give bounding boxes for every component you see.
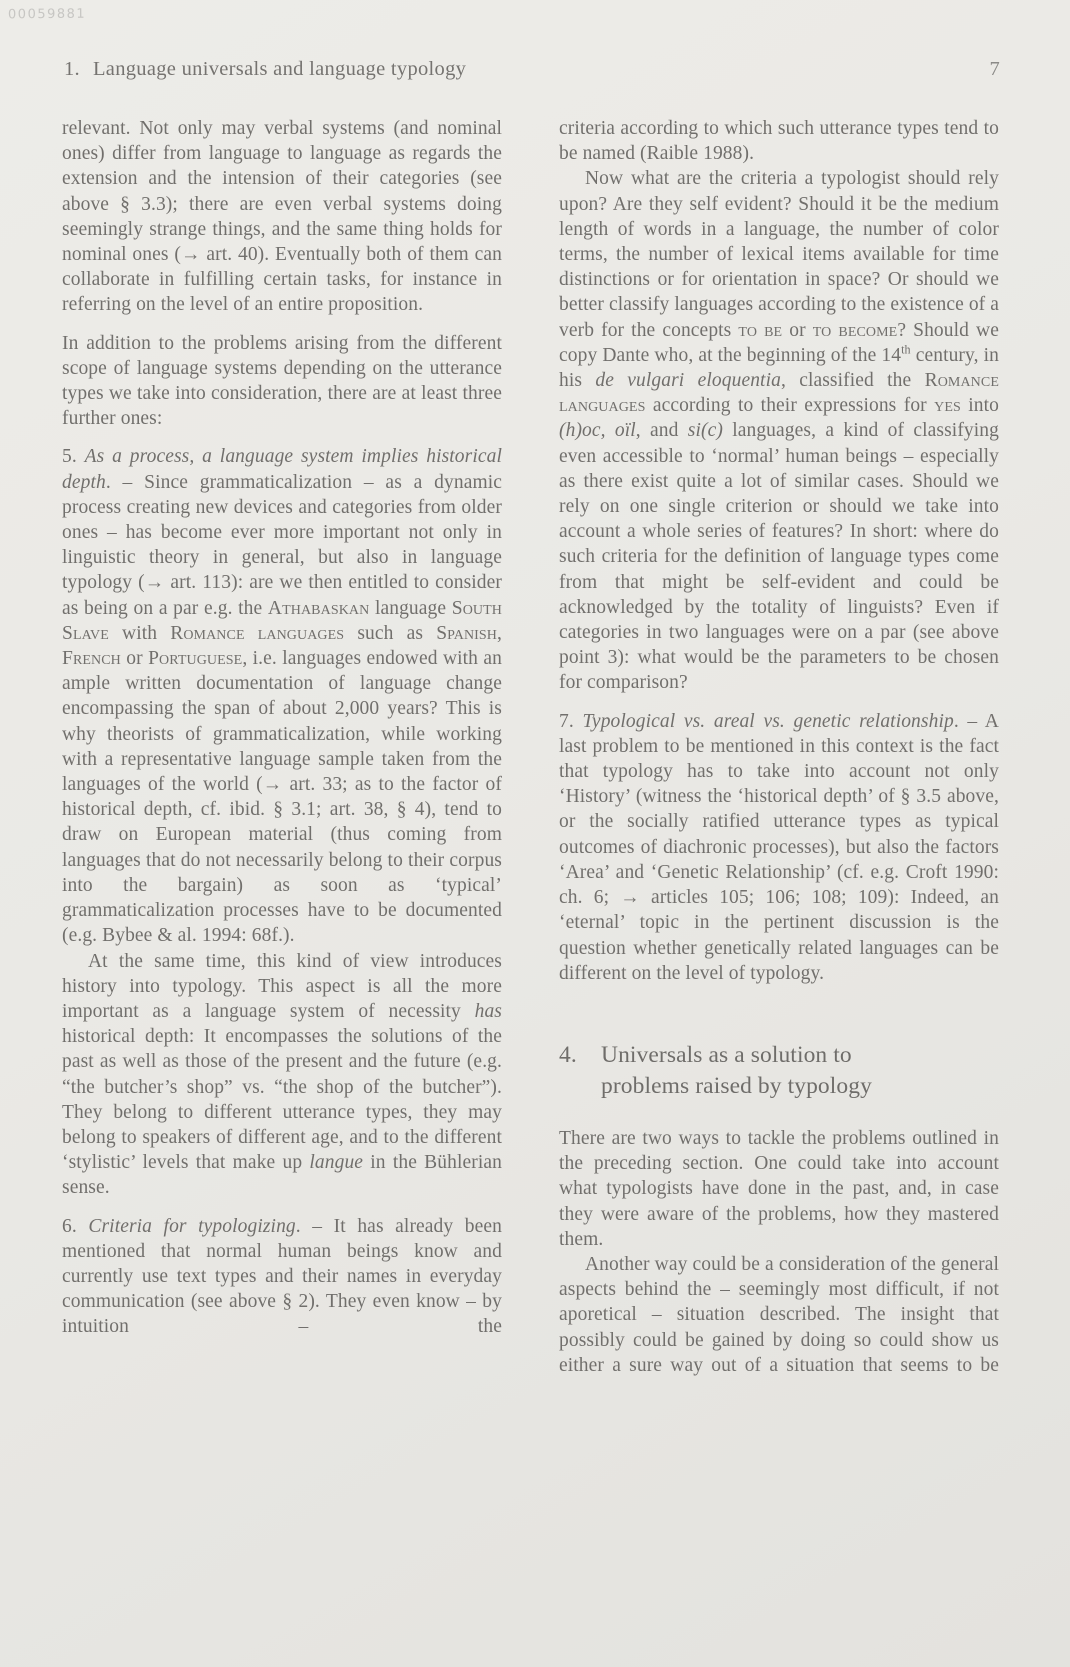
paragraph: At the same time, this kind of view intr…: [62, 949, 502, 1201]
running-header-title: 1. Language universals and language typo…: [64, 58, 466, 81]
paragraph: Now what are the criteria a typologist s…: [559, 166, 999, 695]
scan-id-stamp: 00059881: [8, 7, 86, 23]
paragraph: Another way could be a consideration of …: [559, 1252, 999, 1378]
chapter-title: Language universals and language typolog…: [93, 58, 466, 81]
section-heading: 4.Universals as a solution toproblems ra…: [559, 1040, 999, 1102]
text-columns: relevant. Not only may verbal systems (a…: [62, 116, 999, 1378]
left-column: relevant. Not only may verbal systems (a…: [62, 116, 502, 1378]
paragraph: 7. Typological vs. areal vs. genetic rel…: [559, 709, 999, 986]
running-header: 1. Language universals and language typo…: [64, 58, 1000, 81]
paragraph: criteria according to which such utteran…: [559, 116, 999, 166]
paragraph: 6. Criteria for typologizing. – It has a…: [62, 1214, 502, 1340]
paragraph: In addition to the problems arising from…: [62, 331, 502, 432]
right-column: criteria according to which such utteran…: [559, 116, 999, 1378]
chapter-number: 1.: [64, 58, 80, 81]
section-number: 4.: [559, 1040, 601, 1102]
paragraph: 5. As a process, a language system impli…: [62, 444, 502, 948]
page-number: 7: [989, 58, 1000, 81]
paragraph: relevant. Not only may verbal systems (a…: [62, 116, 502, 318]
scanned-book-page: { "stamp": "00059881", "header": { "chap…: [0, 0, 1070, 1667]
paragraph: There are two ways to tackle the problem…: [559, 1126, 999, 1252]
section-title: Universals as a solution toproblems rais…: [601, 1040, 872, 1102]
